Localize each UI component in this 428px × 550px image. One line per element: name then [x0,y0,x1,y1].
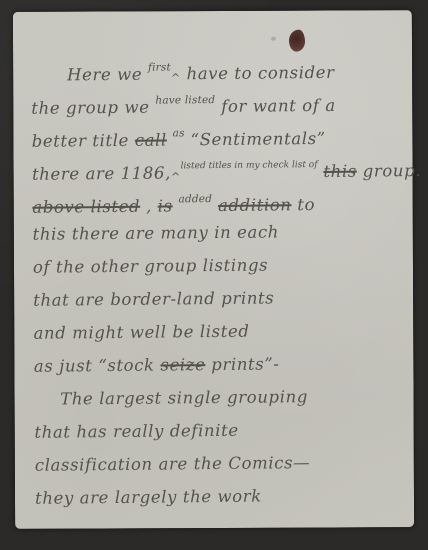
handwritten-text: group. [357,161,421,181]
struck-out-text: this [323,162,357,181]
inserted-text: first [148,61,171,73]
handwritten-text: that has really definite [34,421,238,442]
handwritten-text: that are border-land prints [33,288,274,309]
manuscript-text: Here we first^ have to considerthe group… [31,49,411,515]
handwritten-text: as just “stock [34,356,161,376]
small-smudge [271,37,276,41]
handwritten-text: “Sentimentals” [185,129,326,149]
struck-out-text: is [158,196,173,215]
handwritten-text: Here we [67,65,148,85]
manuscript-line: classification are the Comics— [35,445,411,482]
inserted-text: have listed [155,94,215,107]
handwritten-text: there are 1186, [32,163,171,183]
manuscript-line: above listed , is added addition to [32,181,408,218]
manuscript-line: that has really definite [34,412,410,449]
handwritten-text: this there are many in each [32,222,279,243]
struck-out-text: addition [218,195,292,215]
manuscript-line: the group we have listed for want of a [31,82,407,119]
insertion-caret: ^ [171,71,181,84]
insertion-caret: ^ [171,170,181,183]
handwritten-text: the group we [31,98,155,118]
handwritten-text: to [291,195,315,214]
handwritten-text: they are largely the work [35,487,262,508]
handwritten-text: better title [32,131,135,151]
manuscript-line: that are border-land prints [33,280,409,317]
struck-out-text: call [135,130,167,149]
manuscript-line: better title call as “Sentimentals” [31,115,407,152]
handwritten-text: , [140,197,158,216]
inserted-text: as [173,127,185,139]
handwritten-text: of the other group listings [33,256,268,277]
manuscript-line: of the other group listings [33,247,409,284]
manuscript-line: and might well be listed [33,313,409,350]
handwritten-text: classification are the Comics— [35,453,311,475]
handwritten-text: have to consider [181,63,335,83]
manuscript-line: Here we first^ have to consider [31,49,407,86]
handwritten-text: The largest single grouping [60,387,308,408]
handwritten-text: for want of a [215,96,336,116]
photo-backdrop: Here we first^ have to considerthe group… [0,0,428,550]
manuscript-line: this there are many in each [32,214,408,251]
handwritten-text: prints”- [205,354,279,374]
inserted-text: listed titles in my check list of [181,160,318,171]
manuscript-line: they are largely the work [35,478,411,515]
manuscript-line: there are 1186,^listed titles in my chec… [32,148,408,185]
ink-stain [289,30,305,52]
manuscript-line: as just “stock seize prints”- [34,346,410,383]
struck-out-text: seize [160,355,205,374]
manuscript-page: Here we first^ have to considerthe group… [13,10,414,529]
inserted-text: added [178,193,212,205]
struck-out-text: above listed [32,197,140,217]
manuscript-line: The largest single grouping [34,379,410,416]
handwritten-text: and might well be listed [33,322,249,343]
